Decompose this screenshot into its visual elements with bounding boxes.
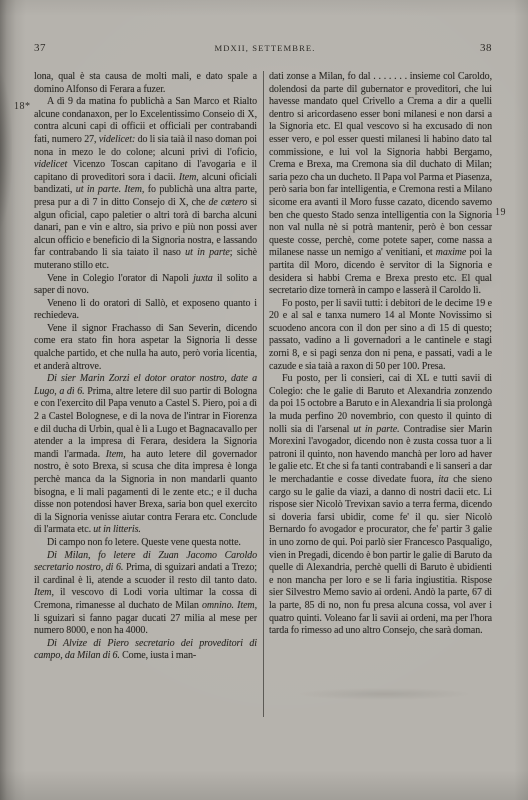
paragraph: Vene in Colegio l'orator di Napoli juxta…: [34, 273, 257, 298]
text-segment: ha auto letere dil governador nostro, è …: [34, 449, 257, 536]
running-header: 37 MDXII, SETTEMBRE. 38: [34, 42, 492, 54]
margin-signature-mark: 18*: [14, 101, 31, 112]
paragraph: Fu posto, per li consieri, cai di XL e t…: [269, 373, 492, 637]
text-segment: Vene in Colegio l'orator di Napoli: [47, 273, 193, 284]
paragraph: A dì 9 da matina fo publichà a San Marco…: [34, 96, 257, 272]
italic-text-segment: Item,: [106, 449, 126, 460]
text-segment: Come, iusta i man-: [120, 650, 196, 661]
page-gutter-shadow: [0, 70, 12, 230]
text-segment: Veneno li do oratori di Sallò, et expose…: [34, 298, 257, 322]
text-segment: lona, qual è sta causa de molti mali, e …: [34, 71, 257, 95]
running-title: MDXII, SETTEMBRE.: [214, 43, 315, 53]
italic-text-segment: ut in parte.: [353, 424, 399, 435]
paragraph: dati zonse a Milan, fo dal . . . . . . .…: [269, 71, 492, 298]
page-number-left: 37: [34, 42, 46, 54]
text-segment: Fo posto, per li savii tutti: i debitori…: [269, 298, 492, 372]
paragraph: Fo posto, per li savii tutti: i debitori…: [269, 298, 492, 374]
paragraph: Di Milan, fo letere di Zuan Jacomo Carol…: [34, 550, 257, 638]
text-segment: Vene il signor Frachasso di San Severin,…: [34, 323, 257, 372]
paragraph: Di campo non fo letere. Queste vene ques…: [34, 537, 257, 550]
column-divider-rule: [263, 71, 264, 717]
left-text-column: lona, qual è sta causa de molti mali, e …: [34, 71, 257, 717]
text-segment: Di campo non fo letere. Queste vene ques…: [47, 537, 241, 548]
paragraph: Di Alvize di Piero secretario dei proved…: [34, 638, 257, 663]
italic-text-segment: Item,: [179, 172, 199, 183]
margin-folio-mark: 19: [495, 207, 506, 218]
italic-text-segment: maxime: [436, 247, 467, 258]
paragraph: Veneno li do oratori di Sallò, et expose…: [34, 298, 257, 323]
italic-text-segment: ut in litteris.: [93, 524, 141, 535]
italic-text-segment: ut in parte: [185, 247, 230, 258]
italic-text-segment: videlicet: [34, 159, 67, 170]
paragraph: Di sier Marin Zorzi el dotor orator nost…: [34, 373, 257, 537]
italic-text-segment: de cætero: [208, 197, 247, 208]
italic-text-segment: Item,: [34, 587, 54, 598]
italic-text-segment: videlicet:: [99, 134, 135, 145]
italic-text-segment: ut in parte. Item,: [76, 184, 145, 195]
text-segment: li sguizari si fanno pagar ducati 27 mil…: [34, 613, 257, 637]
paragraph: lona, qual è sta causa de molti mali, e …: [34, 71, 257, 96]
italic-text-segment: juxta: [193, 273, 213, 284]
text-segment: dati zonse a Milan, fo dal . . . . . . .…: [269, 71, 492, 258]
paragraph: Vene il signor Frachasso di San Severin,…: [34, 323, 257, 373]
text-block: lona, qual è sta causa de molti mali, e …: [34, 71, 492, 717]
right-text-column: dati zonse a Milan, fo dal . . . . . . .…: [269, 71, 492, 717]
italic-text-segment: omnino. Item,: [202, 600, 257, 611]
page-number-right: 38: [480, 42, 492, 54]
italic-text-segment: ita: [438, 474, 448, 485]
scanned-book-page: 37 MDXII, SETTEMBRE. 38 18* 19 lona, qua…: [0, 0, 528, 800]
text-segment: che sieno cargo su le galie da viazi, a …: [269, 474, 492, 636]
